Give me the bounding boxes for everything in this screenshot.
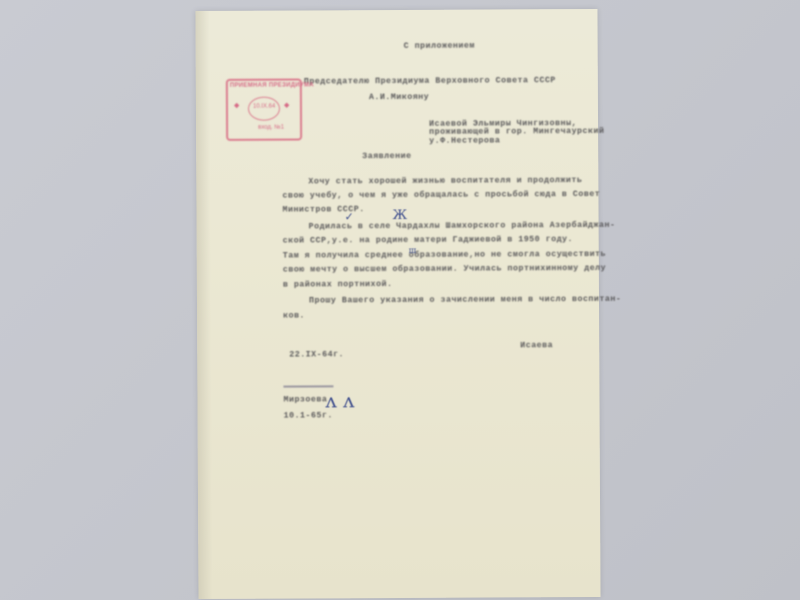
sender-line-3: у.Ф.Нестерова: [429, 136, 500, 145]
body-line: ской ССР,у.е. на родине матери Гаджиевой…: [283, 235, 573, 246]
signature-label: Исаева: [520, 341, 553, 350]
addressee-line-2: А.И.Микояну: [369, 93, 429, 102]
stamp-date: 10.IX.64: [253, 104, 275, 110]
document-date: 22.IX-64г.: [289, 350, 344, 359]
handwritten-signature: ᴧ ʌ: [325, 388, 354, 412]
ink-mark: ✓: [345, 210, 354, 223]
body-line: ков.: [283, 311, 305, 320]
stamp-top-text: ПРИЕМНАЯ ПРЕЗИДИУМА: [230, 82, 314, 88]
strike-line: [283, 385, 333, 387]
body-line: Там я получила среднее образование,но не…: [283, 250, 606, 261]
addressee-line-1: Председателю Президиума Верховного Совет…: [304, 76, 556, 86]
ink-mark: Ж: [392, 208, 407, 223]
resolution-line-2: 10.1-65г.: [284, 411, 333, 420]
enclosure-marking: С приложением: [404, 42, 475, 51]
red-stamp: ПРИЕМНАЯ ПРЕЗИДИУМА ◆ 10.IX.64 ◆ вход. №…: [226, 79, 302, 141]
body-line: Родилась в селе Чардахлы Шамхорского рай…: [309, 221, 616, 232]
document-title: Заявление: [362, 152, 411, 161]
body-line: Хочу стать хорошей жизнью воспитателя и …: [308, 176, 582, 186]
stamp-bottom-text: вход. №1: [258, 125, 284, 131]
body-line: свою мечту о высшем образовании. Училась…: [283, 264, 606, 275]
document-page: С приложением Председателю Президиума Ве…: [195, 9, 600, 599]
resolution-line-1: Мирзоева: [283, 395, 327, 404]
body-line: в районах портнихой.: [283, 280, 393, 290]
body-line: свою учебу, о чем я уже обращалась с про…: [282, 190, 600, 201]
body-line: Прошу Вашего указания о зачислении меня …: [309, 295, 621, 306]
stamp-star-icon: ◆: [284, 101, 289, 111]
stamp-star-icon: ◆: [234, 101, 239, 111]
ink-mark: ш: [409, 246, 416, 255]
sender-line-2: проживающей в гор. Мингечаурский: [429, 127, 604, 137]
